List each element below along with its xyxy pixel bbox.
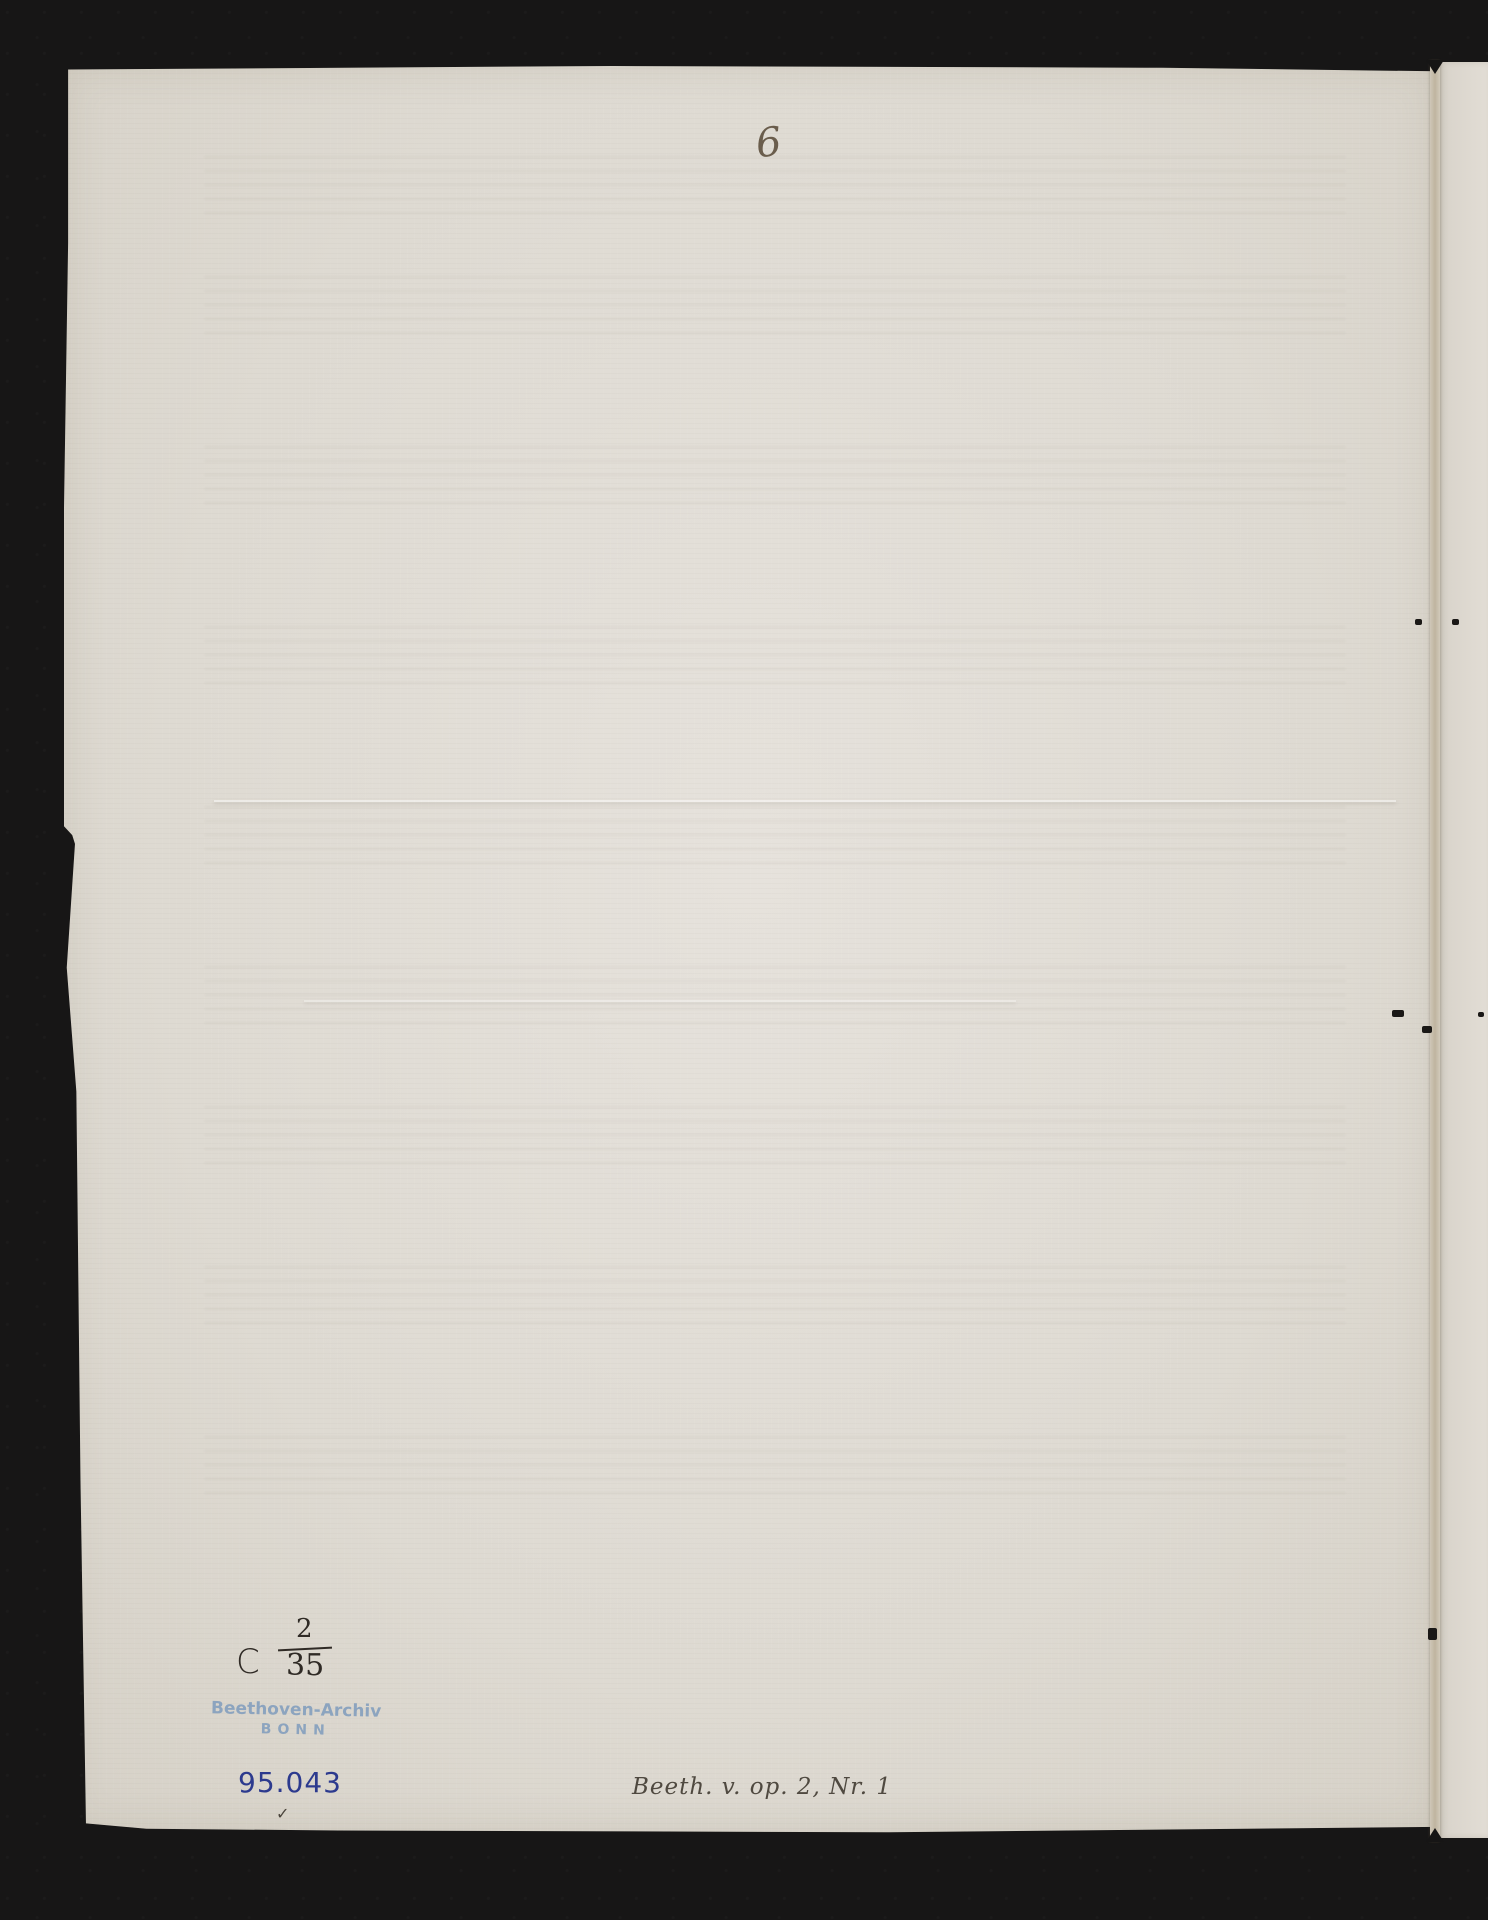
sewing-hole bbox=[1392, 1010, 1404, 1017]
show-through-staff bbox=[204, 1266, 1346, 1336]
shelfmark-denominator: 35 bbox=[286, 1648, 324, 1683]
sewing-hole bbox=[1452, 619, 1459, 625]
shelfmark: C 2 35 bbox=[236, 1618, 346, 1698]
sewing-hole bbox=[1428, 1628, 1437, 1640]
show-through-staff bbox=[204, 156, 1346, 226]
page-number: 6 bbox=[754, 119, 784, 167]
sewing-hole bbox=[1478, 1012, 1484, 1017]
manuscript-page bbox=[64, 66, 1436, 1834]
gutter-notch bbox=[1426, 1828, 1444, 1842]
sewing-hole bbox=[1422, 1026, 1432, 1033]
stamp-institution: Beethoven-Archiv bbox=[196, 1698, 396, 1722]
check-mark-icon: ✓ bbox=[276, 1804, 289, 1823]
show-through-staff bbox=[204, 1106, 1346, 1176]
facing-page-edge bbox=[1440, 62, 1488, 1838]
show-through-staff bbox=[204, 446, 1346, 516]
show-through-staff bbox=[204, 1436, 1346, 1506]
show-through-staff bbox=[204, 276, 1346, 346]
paper-crease bbox=[214, 800, 1396, 802]
shelfmark-letter: C bbox=[236, 1642, 260, 1682]
book-spine-gutter bbox=[1430, 60, 1440, 1842]
show-through-staff bbox=[204, 626, 1346, 696]
shelfmark-numerator: 2 bbox=[296, 1614, 313, 1644]
sewing-hole bbox=[1415, 619, 1422, 625]
gutter-notch bbox=[1426, 60, 1444, 74]
pencil-annotation: Beeth. v. op. 2, Nr. 1 bbox=[632, 1774, 892, 1800]
show-through-staff bbox=[204, 806, 1346, 876]
paper-crease bbox=[304, 1000, 1016, 1002]
accession-number: 95.043 bbox=[238, 1766, 342, 1799]
archive-stamp: Beethoven-Archiv BONN bbox=[196, 1698, 397, 1740]
